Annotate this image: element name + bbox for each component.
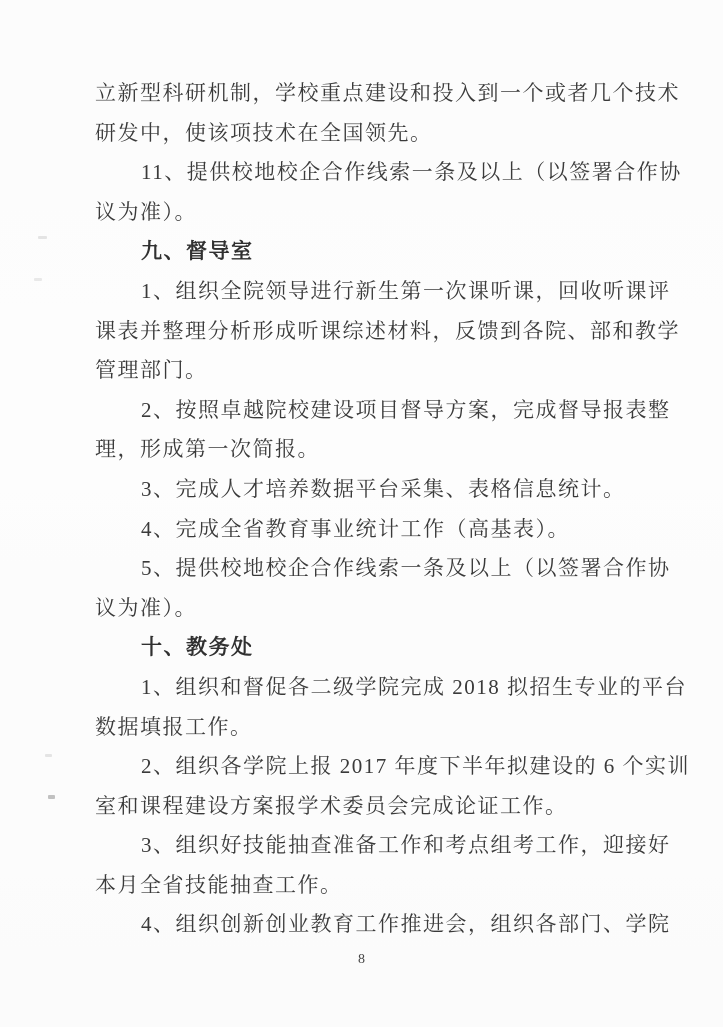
text-line: 1、组织和督促各二级学院完成 2018 拟招生专业的平台	[95, 668, 635, 708]
text-line: 5、提供校地校企合作线索一条及以上（以签署合作协	[95, 549, 635, 589]
text-line: 立新型科研机制，学校重点建设和投入到一个或者几个技术	[95, 74, 635, 114]
text-line: 3、完成人才培养数据平台采集、表格信息统计。	[95, 470, 635, 510]
section-heading: 十、教务处	[95, 628, 635, 668]
scan-artifact	[38, 236, 47, 239]
text-line: 2、按照卓越院校建设项目督导方案，完成督导报表整	[95, 391, 635, 431]
scan-artifact	[34, 278, 42, 281]
text-line: 议为准）。	[95, 193, 635, 233]
text-line: 理，形成第一次简报。	[95, 430, 635, 470]
text-line: 4、完成全省教育事业统计工作（高基表）。	[95, 510, 635, 550]
page-number: 8	[0, 952, 723, 968]
text-line: 数据填报工作。	[95, 708, 635, 748]
text-line: 议为准）。	[95, 589, 635, 629]
text-line: 1、组织全院领导进行新生第一次课听课，回收听课评	[95, 272, 635, 312]
text-line: 3、组织好技能抽查准备工作和考点组考工作，迎接好	[95, 826, 635, 866]
text-line: 本月全省技能抽查工作。	[95, 866, 635, 906]
text-line: 管理部门。	[95, 351, 635, 391]
text-line: 课表并整理分析形成听课综述材料，反馈到各院、部和教学	[95, 312, 635, 352]
section-heading: 九、督导室	[95, 232, 635, 272]
scanned-page: 立新型科研机制，学校重点建设和投入到一个或者几个技术 研发中，使该项技术在全国领…	[0, 0, 723, 1027]
text-line: 研发中，使该项技术在全国领先。	[95, 114, 635, 154]
scan-artifact	[48, 795, 55, 799]
scan-artifact	[45, 754, 52, 757]
text-line: 4、组织创新创业教育工作推进会，组织各部门、学院	[95, 905, 635, 945]
text-line: 11、提供校地校企合作线索一条及以上（以签署合作协	[95, 153, 635, 193]
text-line: 2、组织各学院上报 2017 年度下半年拟建设的 6 个实训	[95, 747, 635, 787]
document-body: 立新型科研机制，学校重点建设和投入到一个或者几个技术 研发中，使该项技术在全国领…	[95, 74, 635, 945]
text-line: 室和课程建设方案报学术委员会完成论证工作。	[95, 787, 635, 827]
